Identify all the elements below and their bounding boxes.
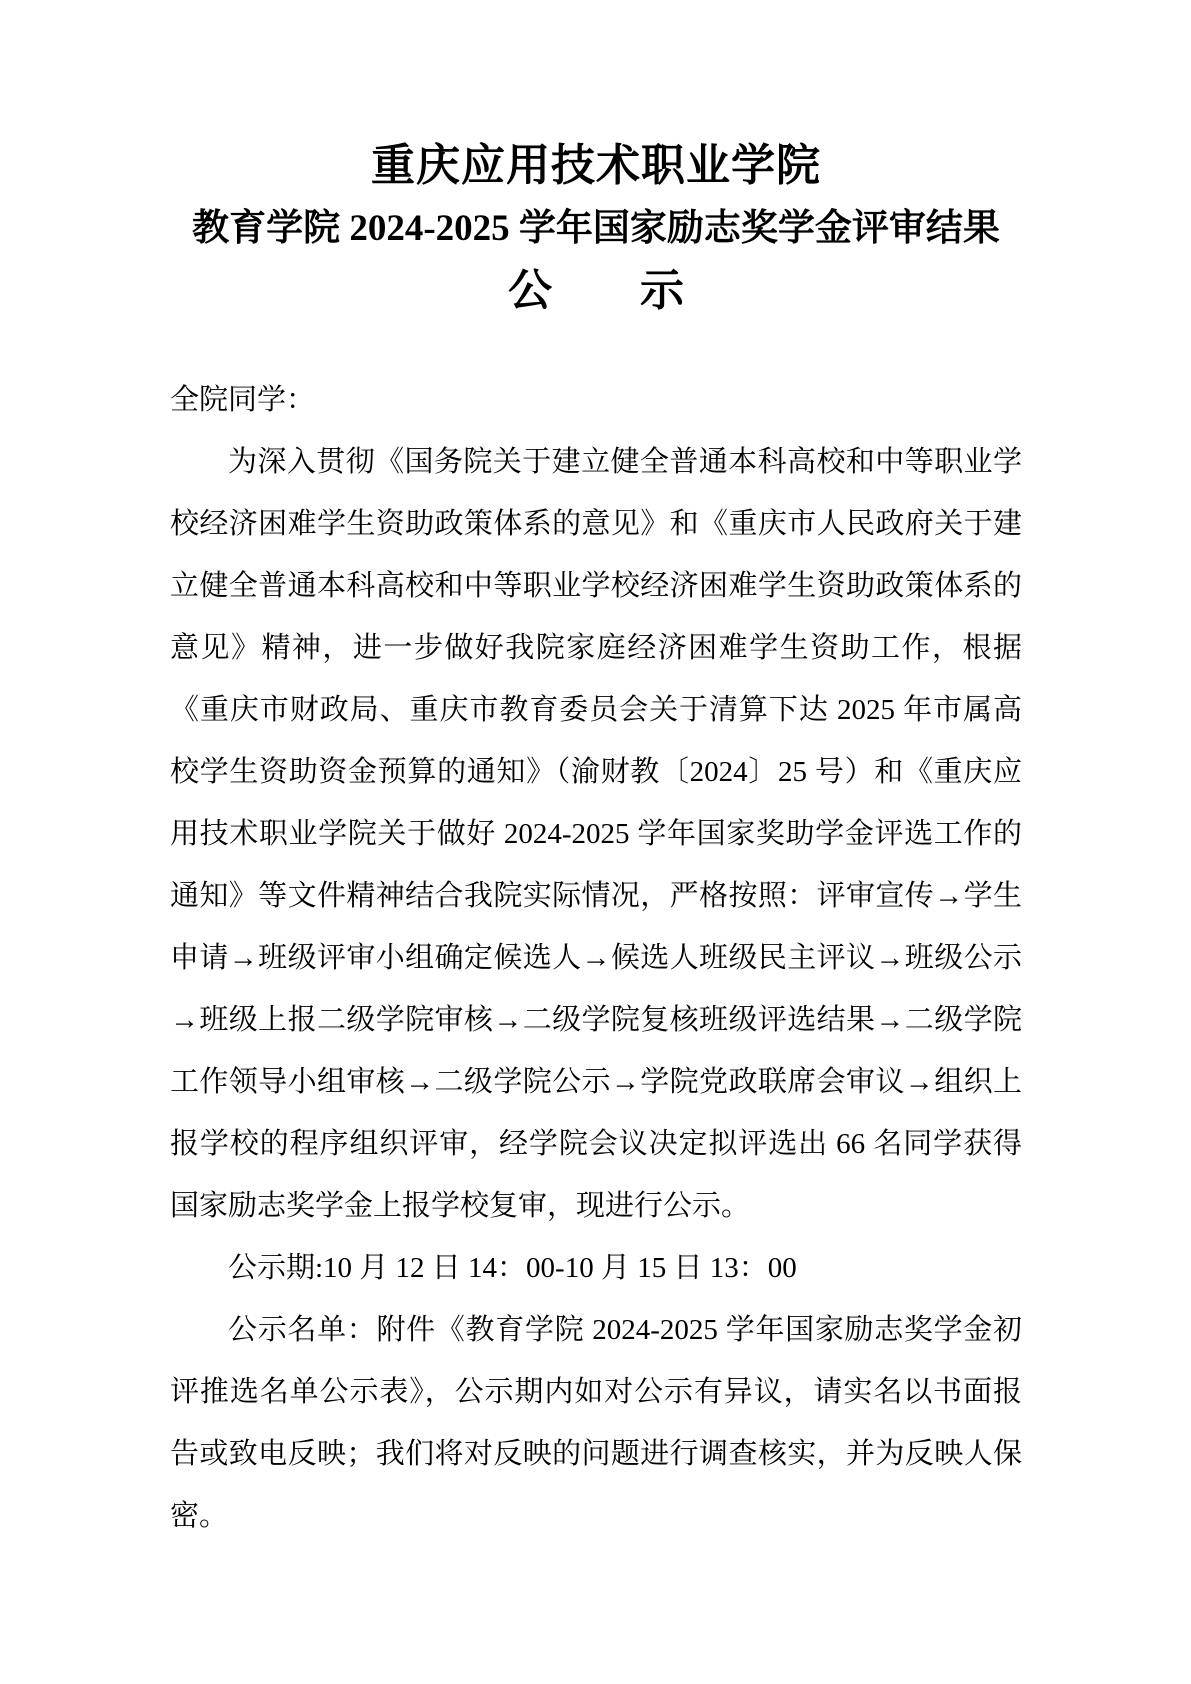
salutation: 全院同学： (170, 369, 1022, 431)
paragraph-publicity-period: 公示期:10 月 12 日 14：00-10 月 15 日 13：00 (170, 1237, 1022, 1299)
paragraph-review-process: 为深入贯彻《国务院关于建立健全普通本科高校和中等职业学校经济困难学生资助政策体系… (170, 431, 1022, 1237)
title-notice-label: 公 示 (170, 260, 1022, 322)
title-subject-line: 教育学院 2024-2025 学年国家励志奖学金评审结果 (170, 198, 1022, 260)
paragraph-publicity-list: 公示名单：附件《教育学院 2024-2025 学年国家励志奖学金初评推选名单公示… (170, 1299, 1022, 1547)
title-college-name: 重庆应用技术职业学院 (170, 134, 1022, 198)
document-header: 重庆应用技术职业学院 教育学院 2024-2025 学年国家励志奖学金评审结果 … (170, 134, 1022, 322)
document-body: 全院同学： 为深入贯彻《国务院关于建立健全普通本科高校和中等职业学校经济困难学生… (170, 369, 1022, 1547)
document-page: 重庆应用技术职业学院 教育学院 2024-2025 学年国家励志奖学金评审结果 … (0, 0, 1191, 1684)
